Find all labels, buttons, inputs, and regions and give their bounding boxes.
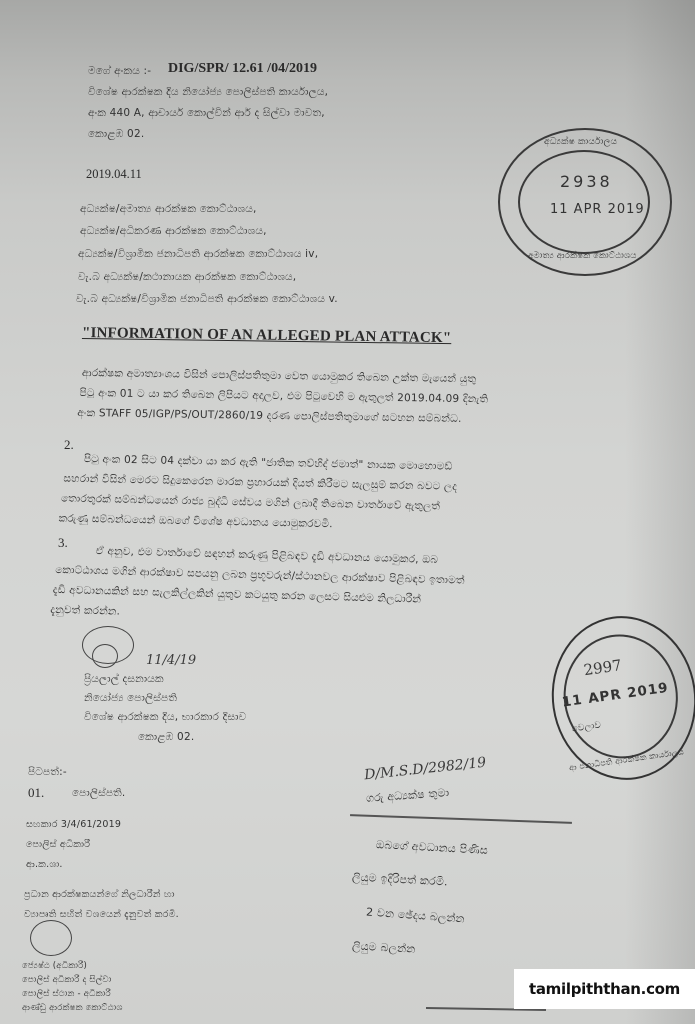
paragraph-2-number: 2. bbox=[64, 438, 74, 451]
office-address-line1: විශේෂ ආරක්ෂක දිය නියෝජ්‍ය පොලිස්පති කාර්… bbox=[88, 87, 328, 98]
lower-sig-text-3: පොලිස් ස්ථාන - අධිකාරී bbox=[22, 990, 111, 999]
recipient-4: වැ.බ අධ්‍යක්ෂ/කථානායක ආරක්ෂක කොට්ඨාශය, bbox=[78, 272, 296, 283]
paragraph-3-number: 3. bbox=[58, 536, 68, 549]
lower-sig-text-2: පොලිස් අධිකාරී ද සිල්වා bbox=[22, 976, 112, 985]
received-stamp-top: අධ්‍යක්ෂ කාර්යාලය 2938 11 APR 2019 අමාත්… bbox=[498, 128, 672, 276]
signatory-name: ප්‍රියලාල් දසනායක bbox=[84, 674, 164, 685]
office-address-line2: අංක 440 A, ආචාර්ය කොල්වින් ආර් ද සිල්වා … bbox=[88, 108, 325, 119]
copy-item-number: 01. bbox=[28, 786, 44, 799]
lower-sig-text-1: ජ්‍යෙෂ්ඨ (අධිකාරී) bbox=[22, 962, 87, 971]
stamp-top-header: අධ්‍යක්ෂ කාර්යාලය bbox=[544, 138, 617, 147]
handwritten-ref: D/M.S.D/2982/19 bbox=[364, 756, 487, 783]
recipient-3: අධ්‍යක්ෂ/විශ්‍රාමික ජනාධිපති ආරක්ෂක කොට්… bbox=[78, 249, 318, 260]
handwritten-copy-1: සහකාර 3/4/61/2019 bbox=[26, 820, 121, 830]
handwritten-body-1: ඔබගේ අවධානය පිණිස bbox=[376, 839, 488, 856]
reference-label: මගේ අංකය :- bbox=[88, 66, 151, 77]
handwritten-copy-4: ප්‍රධාන ආරක්ෂකයන්ගේ නිලධාරීන් හා bbox=[24, 890, 175, 900]
handwritten-underline bbox=[350, 814, 572, 823]
watermark-badge: tamilpiththan.com bbox=[514, 969, 695, 1009]
handwritten-copy-2: පොලිස් අධිකාරී bbox=[26, 840, 90, 850]
signature-date: 11/4/19 bbox=[146, 654, 196, 667]
handwritten-body-2: ලියුම ඉදිරිපත් කරමි. bbox=[352, 872, 448, 888]
received-stamp-bottom: 2997 11 APR 2019 වෙලාව ආ ජනාධිපති ආරක්ෂක… bbox=[541, 607, 695, 789]
handwritten-copy-3: ආ.ක.ශා. bbox=[26, 860, 63, 870]
reference-number: DIG/SPR/ 12.61 /04/2019 bbox=[168, 62, 317, 76]
lower-sig-text-4: ආණ්ඩු ආරක්ෂක කොට්ඨාශ bbox=[22, 1004, 123, 1013]
recipient-1: අධ්‍යක්ෂ/අමාත්‍ය ආරක්ෂක කොට්ඨාශය, bbox=[80, 204, 257, 215]
signatory-title-3: කොළඹ 02. bbox=[138, 732, 194, 743]
recipient-2: අධ්‍යක්ෂ/අධිකරණ ආරක්ෂක කොට්ඨාශය, bbox=[80, 226, 267, 237]
watermark-text: tamilpiththan.com bbox=[529, 980, 680, 998]
stamp-date: 11 APR 2019 bbox=[550, 202, 645, 217]
subject-title: "INFORMATION OF AN ALLEGED PLAN ATTACK" bbox=[82, 326, 452, 346]
copies-label: පිටපත්:- bbox=[28, 767, 67, 778]
handwritten-salutation: ගරු අධ්‍යක්ෂ තුමා bbox=[366, 787, 450, 804]
handwritten-body-3: 2 වන ඡේදය බලන්න bbox=[366, 907, 465, 925]
copy-item-text: පොලිස්පති. bbox=[72, 788, 125, 799]
stamp-number: 2938 bbox=[560, 172, 613, 191]
handwritten-body-4: ලියුම බලන්න bbox=[352, 940, 416, 954]
stamp-bottom-text: අමාත්‍ය ආරක්ෂක කොට්ඨාශය bbox=[528, 252, 637, 261]
office-address-line3: කොළඹ 02. bbox=[88, 129, 144, 140]
letter-date: 2019.04.11 bbox=[86, 168, 142, 181]
recipient-5: වැ.බ අධ්‍යක්ෂ/විශ්‍රාමික ජනාධිපති ආරක්ෂක… bbox=[76, 294, 338, 305]
handwritten-copy-5: ව්‍යාපෘති සහිත් වශයෙන් දැනුවත් කරමි. bbox=[24, 910, 179, 920]
signature-scribble-loop bbox=[92, 644, 118, 668]
signatory-title-2: විශේෂ ආරක්ෂක දිය, භාරකාර දිසාව bbox=[84, 712, 246, 723]
signatory-title-1: නියෝජ්‍ය පොලිස්පති bbox=[84, 693, 177, 704]
lower-signature bbox=[30, 920, 72, 956]
